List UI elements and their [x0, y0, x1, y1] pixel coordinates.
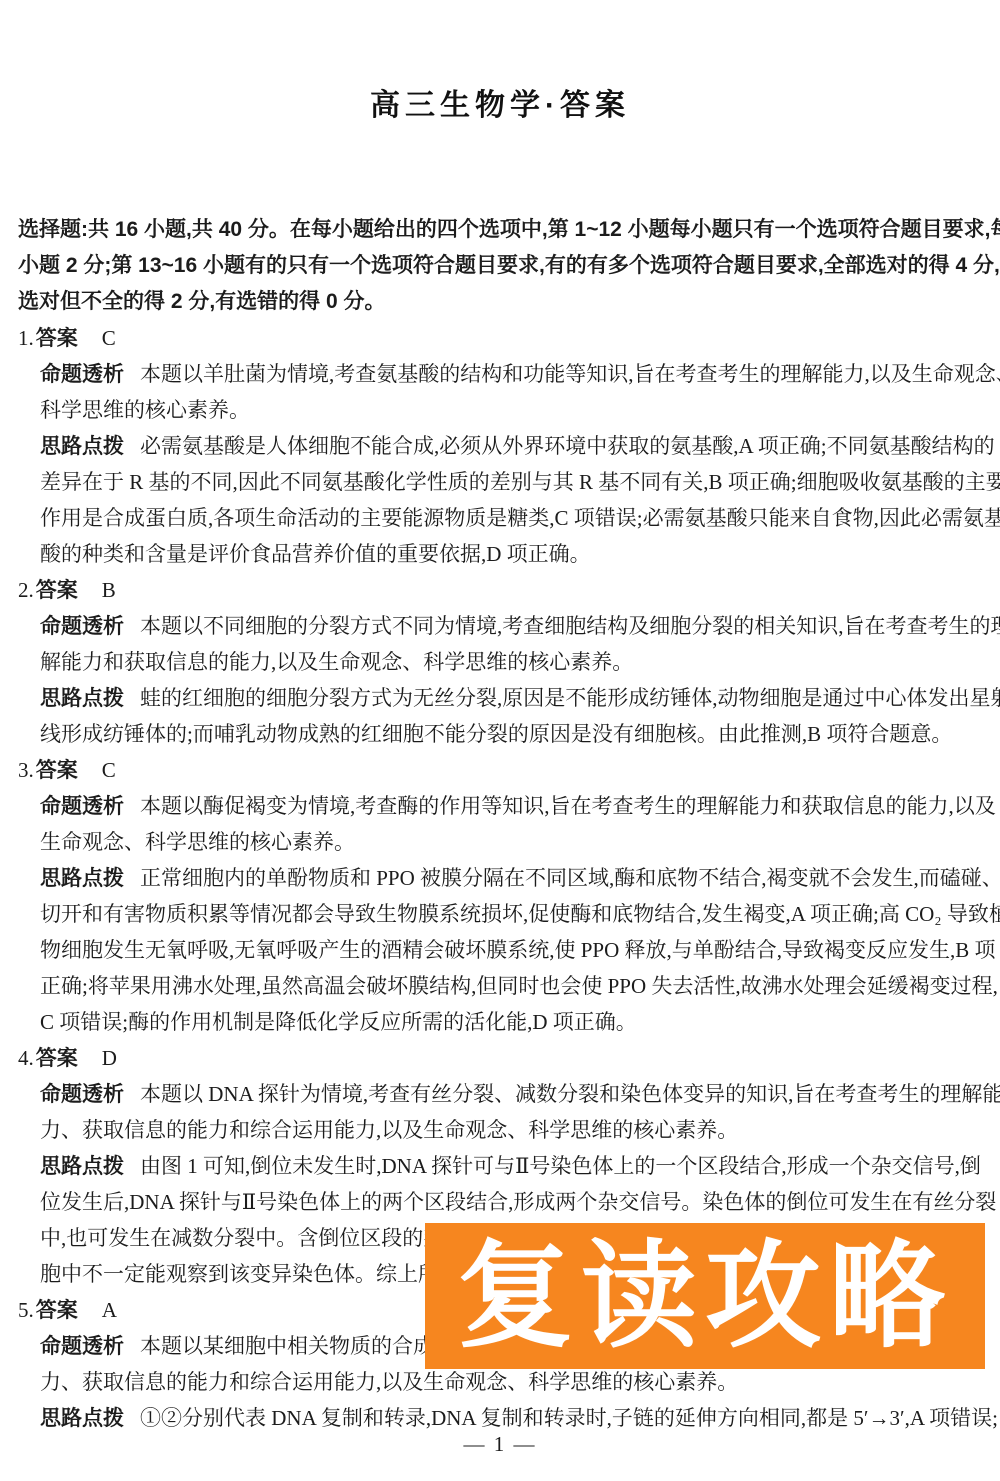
analysis-text: 本题以羊肚菌为情境,考查氨基酸的结构和功能等知识,旨在考查考生的理解能力,以及生… [140, 362, 1000, 386]
analysis-label: 命题透析 [40, 1335, 124, 1358]
answer-letter: A [102, 1298, 117, 1322]
tips-line: C 项错误;酶的作用机制是降低化学反应所需的活化能,D 项正确。 [18, 1004, 984, 1040]
analysis-line: 解能力和获取信息的能力,以及生命观念、科学思维的核心素养。 [18, 644, 984, 680]
promo-banner-sticker: 复读攻略 [425, 1223, 985, 1369]
answer-line: 1.答案C [18, 320, 984, 356]
tips-line: 作用是合成蛋白质,各项生命活动的主要能源物质是糖类,C 项错误;必需氨基酸只能来… [18, 500, 984, 536]
tips-line: 思路点拨由图 1 可知,倒位未发生时,DNA 探针可与Ⅱ号染色体上的一个区段结合… [18, 1148, 984, 1184]
analysis-line: 命题透析本题以不同细胞的分裂方式不同为情境,考查细胞结构及细胞分裂的相关知识,旨… [18, 608, 984, 644]
intro-text: 选对但不全的得 2 分,有选错的得 0 分。 [18, 290, 386, 313]
answer-line: 3.答案C [18, 752, 984, 788]
tips-label: 思路点拨 [40, 687, 124, 710]
answer-line: 2.答案B [18, 572, 984, 608]
page-title: 高三生物学·答案 [0, 80, 1000, 124]
tips-text: C 项错误;酶的作用机制是降低化学反应所需的活化能,D 项正确。 [40, 1010, 637, 1034]
answer-letter: D [102, 1046, 117, 1070]
tips-text: ①②分别代表 DNA 复制和转录,DNA 复制和转录时,子链的延伸方向相同,都是… [140, 1406, 998, 1430]
tips-label: 思路点拨 [40, 867, 124, 890]
analysis-text: 本题以某细胞中相关物质的合成 [140, 1334, 434, 1358]
analysis-text: 力、获取信息的能力和综合运用能力,以及生命观念、科学思维的核心素养。 [40, 1370, 738, 1394]
answer-line: 4.答案D [18, 1040, 984, 1076]
tips-text: 作用是合成蛋白质,各项生命活动的主要能源物质是糖类,C 项错误;必需氨基酸只能来… [40, 506, 1000, 530]
analysis-line: 命题透析本题以酶促褐变为情境,考查酶的作用等知识,旨在考查考生的理解能力和获取信… [18, 788, 984, 824]
analysis-label: 命题透析 [40, 795, 124, 818]
tips-text: 中,也可发生在减数分裂中。含倒位区段的染 [40, 1226, 444, 1250]
answer-letter: C [102, 758, 116, 782]
analysis-line: 命题透析本题以羊肚菌为情境,考查氨基酸的结构和功能等知识,旨在考查考生的理解能力… [18, 356, 984, 392]
tips-text: 蛙的红细胞的细胞分裂方式为无丝分裂,原因是不能形成纺锤体,动物细胞是通过中心体发… [140, 686, 1000, 710]
answer-label: 答案 [36, 579, 78, 602]
tips-text: 正常细胞内的单酚物质和 PPO 被膜分隔在不同区域,酶和底物不结合,褐变就不会发… [140, 866, 1000, 890]
intro-line: 小题 2 分;第 13~16 小题有的只有一个选项符合题目要求,有的有多个选项符… [18, 248, 984, 284]
tips-line: 酸的种类和含量是评价食品营养价值的重要依据,D 项正确。 [18, 536, 984, 572]
tips-line: 物细胞发生无氧呼吸,无氧呼吸产生的酒精会破坏膜系统,使 PPO 释放,与单酚结合… [18, 932, 984, 968]
question-number: 5. [18, 1298, 34, 1322]
analysis-label: 命题透析 [40, 363, 124, 386]
tips-text: 胞中不一定能观察到该变异染色体。综上所 [40, 1262, 439, 1286]
tips-text: 切开和有害物质积累等情况都会导致生物膜系统损坏,促使酶和底物结合,发生褐变,A … [40, 902, 1000, 926]
question-number: 2. [18, 578, 34, 602]
question-number: 3. [18, 758, 34, 782]
analysis-line: 命题透析本题以 DNA 探针为情境,考查有丝分裂、减数分裂和染色体变异的知识,旨… [18, 1076, 984, 1112]
tips-label: 思路点拨 [40, 435, 124, 458]
answer-label: 答案 [36, 1299, 78, 1322]
intro-text: 选择题:共 16 小题,共 40 分。在每小题给出的四个选项中,第 1~12 小… [18, 218, 1000, 241]
tips-line: 正确;将苹果用沸水处理,虽然高温会破坏膜结构,但同时也会使 PPO 失去活性,故… [18, 968, 984, 1004]
tips-line: 切开和有害物质积累等情况都会导致生物膜系统损坏,促使酶和底物结合,发生褐变,A … [18, 896, 984, 932]
tips-text: 必需氨基酸是人体细胞不能合成,必须从外界环境中获取的氨基酸,A 项正确;不同氨基… [140, 434, 995, 458]
tips-text: 差异在于 R 基的不同,因此不同氨基酸化学性质的差别与其 R 基不同有关,B 项… [40, 470, 1000, 494]
analysis-text: 本题以 DNA 探针为情境,考查有丝分裂、减数分裂和染色体变异的知识,旨在考查考… [140, 1082, 1000, 1106]
tips-line: 思路点拨正常细胞内的单酚物质和 PPO 被膜分隔在不同区域,酶和底物不结合,褐变… [18, 860, 984, 896]
tips-line: 线形成纺锤体的;而哺乳动物成熟的红细胞不能分裂的原因是没有细胞核。由此推测,B … [18, 716, 984, 752]
tips-text: 酸的种类和含量是评价食品营养价值的重要依据,D 项正确。 [40, 542, 591, 566]
page-number: — 1 — [0, 1432, 1000, 1457]
analysis-text: 力、获取信息的能力和综合运用能力,以及生命观念、科学思维的核心素养。 [40, 1118, 738, 1142]
tips-line: 位发生后,DNA 探针与Ⅱ号染色体上的两个区段结合,形成两个杂交信号。染色体的倒… [18, 1184, 984, 1220]
tips-text: 由图 1 可知,倒位未发生时,DNA 探针可与Ⅱ号染色体上的一个区段结合,形成一… [140, 1154, 981, 1178]
tips-text: 物细胞发生无氧呼吸,无氧呼吸产生的酒精会破坏膜系统,使 PPO 释放,与单酚结合… [40, 938, 996, 962]
intro-text: 小题 2 分;第 13~16 小题有的只有一个选项符合题目要求,有的有多个选项符… [18, 254, 1000, 277]
analysis-text: 科学思维的核心素养。 [40, 398, 250, 422]
tips-text: 位发生后,DNA 探针与Ⅱ号染色体上的两个区段结合,形成两个杂交信号。染色体的倒… [40, 1190, 996, 1214]
question-number: 4. [18, 1046, 34, 1070]
analysis-line: 生命观念、科学思维的核心素养。 [18, 824, 984, 860]
answer-label: 答案 [36, 327, 78, 350]
analysis-line: 科学思维的核心素养。 [18, 392, 984, 428]
analysis-line: 力、获取信息的能力和综合运用能力,以及生命观念、科学思维的核心素养。 [18, 1112, 984, 1148]
analysis-label: 命题透析 [40, 1083, 124, 1106]
question-number: 1. [18, 326, 34, 350]
tips-line: 思路点拨①②分别代表 DNA 复制和转录,DNA 复制和转录时,子链的延伸方向相… [18, 1400, 984, 1436]
document-page: { "page": { "title": "高三生物学·答案", "footer… [0, 0, 1000, 1481]
tips-line: 思路点拨必需氨基酸是人体细胞不能合成,必须从外界环境中获取的氨基酸,A 项正确;… [18, 428, 984, 464]
analysis-label: 命题透析 [40, 615, 124, 638]
intro-line: 选择题:共 16 小题,共 40 分。在每小题给出的四个选项中,第 1~12 小… [18, 212, 984, 248]
tips-text: 线形成纺锤体的;而哺乳动物成熟的红细胞不能分裂的原因是没有细胞核。由此推测,B … [40, 722, 952, 746]
answer-label: 答案 [36, 1047, 78, 1070]
tips-line: 差异在于 R 基的不同,因此不同氨基酸化学性质的差别与其 R 基不同有关,B 项… [18, 464, 984, 500]
answer-letter: C [102, 326, 116, 350]
analysis-text: 本题以不同细胞的分裂方式不同为情境,考查细胞结构及细胞分裂的相关知识,旨在考查考… [140, 614, 1000, 638]
tips-line: 思路点拨蛙的红细胞的细胞分裂方式为无丝分裂,原因是不能形成纺锤体,动物细胞是通过… [18, 680, 984, 716]
tips-text: 正确;将苹果用沸水处理,虽然高温会破坏膜结构,但同时也会使 PPO 失去活性,故… [40, 974, 998, 998]
analysis-text: 生命观念、科学思维的核心素养。 [40, 830, 355, 854]
answer-letter: B [102, 578, 116, 602]
tips-label: 思路点拨 [40, 1155, 124, 1178]
tips-label: 思路点拨 [40, 1407, 124, 1430]
promo-banner-text: 复读攻略 [457, 1238, 953, 1354]
analysis-line: 力、获取信息的能力和综合运用能力,以及生命观念、科学思维的核心素养。 [18, 1364, 984, 1400]
intro-line: 选对但不全的得 2 分,有选错的得 0 分。 [18, 284, 984, 320]
analysis-text: 解能力和获取信息的能力,以及生命观念、科学思维的核心素养。 [40, 650, 633, 674]
analysis-text: 本题以酶促褐变为情境,考查酶的作用等知识,旨在考查考生的理解能力和获取信息的能力… [140, 794, 996, 818]
answer-label: 答案 [36, 759, 78, 782]
